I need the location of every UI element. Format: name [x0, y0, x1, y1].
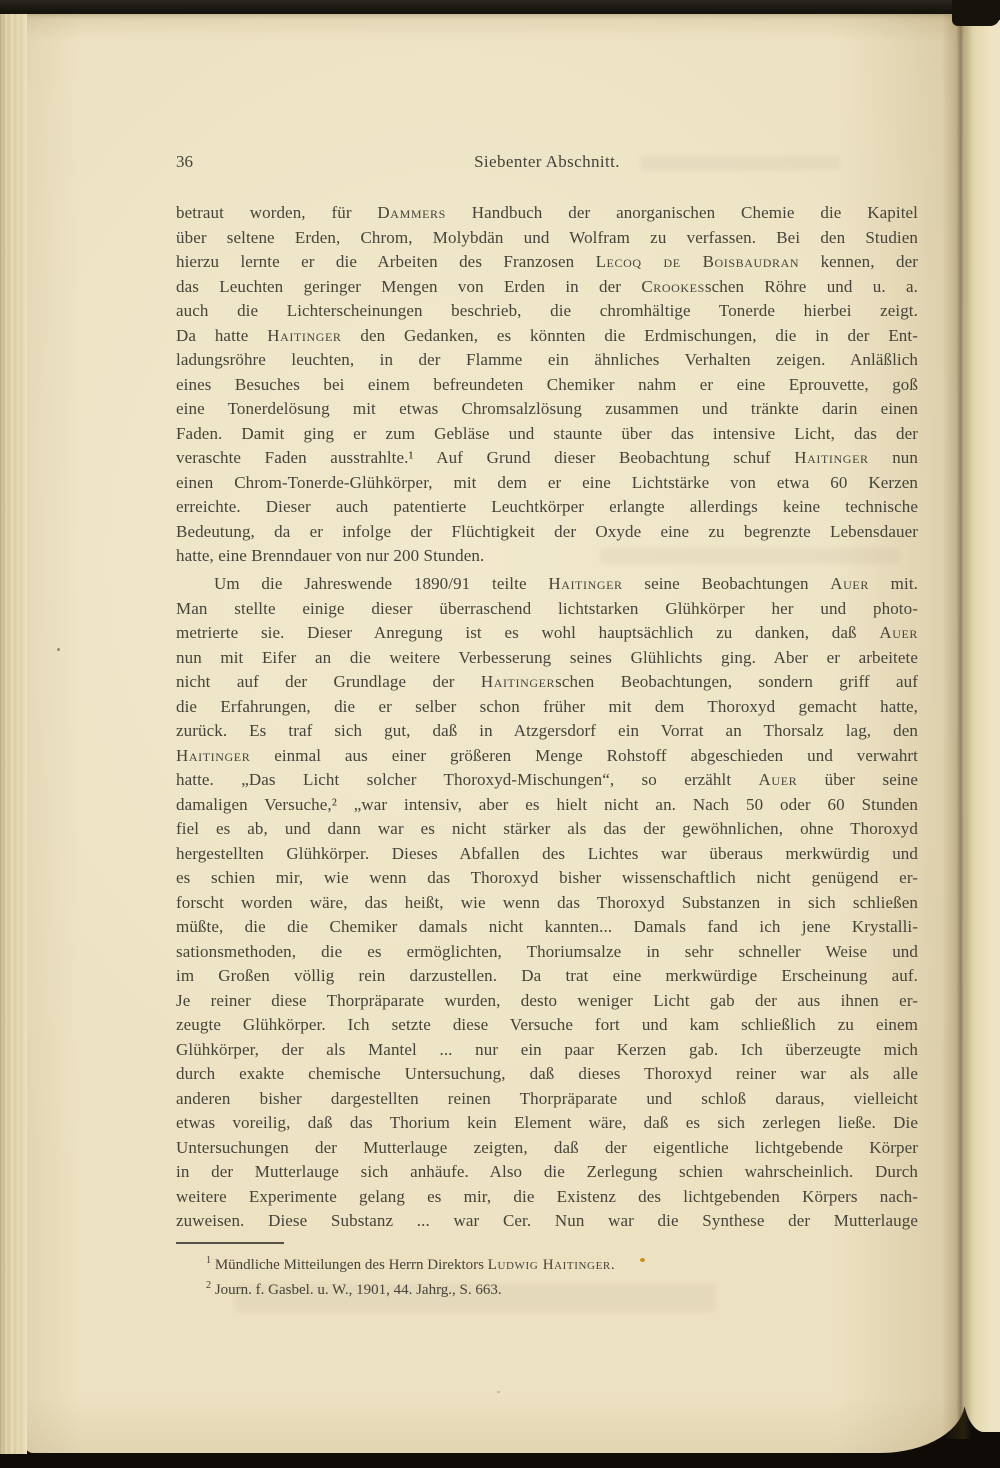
page-content: 36 Siebenter Abschnitt. betraut worden, … [176, 0, 918, 1468]
text-line: die Erfahrungen, die er selber schon frü… [176, 695, 918, 720]
footnotes: 1 Mündliche Mitteilungen des Herrn Direk… [176, 1253, 918, 1304]
text-line: zurück. Es traf sich gut, daß in Atzgers… [176, 719, 918, 744]
text-line: Glühkörper, der als Mantel ... nur ein p… [176, 1038, 918, 1063]
text-line: Man stellte einige dieser überraschend l… [176, 597, 918, 622]
small-caps-name: Crookes [641, 277, 705, 296]
scanner-background-notch [952, 0, 1000, 26]
small-caps-name: Haitinger [548, 574, 622, 593]
footnote-marker: 2 [206, 1280, 211, 1291]
text-line: erreichte. Dieser auch patentierte Leuch… [176, 495, 918, 520]
scan-artifact-orange-dot [640, 1258, 645, 1262]
text-line: zuweisen. Diese Substanz ... war Cer. Nu… [176, 1209, 918, 1234]
footnote-rule [176, 1242, 284, 1244]
text-line: es schien mir, wie wenn das Thoroxyd bis… [176, 866, 918, 891]
text-line: zeugte Glühkörper. Ich setzte diese Vers… [176, 1013, 918, 1038]
text-line: Um die Jahreswende 1890/91 teilte Haitin… [176, 572, 918, 597]
text-line: hierzu lernte er die Arbeiten des Franzo… [176, 250, 918, 275]
text-line: Bedeutung, da er infolge der Flüchtigkei… [176, 520, 918, 545]
chapter-title: Siebenter Abschnitt. [176, 151, 918, 173]
paragraph: betraut worden, für Dammers Handbuch der… [176, 201, 918, 569]
text-line: damaligen Versuche,² „war intensiv, aber… [176, 793, 918, 818]
page-number: 36 [176, 151, 193, 173]
text-line: betraut worden, für Dammers Handbuch der… [176, 201, 918, 226]
text-line: über seltene Erden, Chrom, Molybdän und … [176, 226, 918, 251]
text-line: im Großen völlig rein darzustellen. Da t… [176, 964, 918, 989]
text-line: das Leuchten geringer Mengen von Erden i… [176, 275, 918, 300]
text-line: Je reiner diese Thorpräparate wurden, de… [176, 989, 918, 1014]
text-line: Haitinger einmal aus einer größeren Meng… [176, 744, 918, 769]
text-line: Da hatte Haitinger den Gedanken, es könn… [176, 324, 918, 349]
text-line: sationsmethoden, die es ermöglichten, Th… [176, 940, 918, 965]
small-caps-name: Haitinger [267, 326, 341, 345]
text-line: auch die Lichterscheinungen beschrieb, d… [176, 299, 918, 324]
text-line: müßte, die die Chemiker damals nicht kan… [176, 915, 918, 940]
small-caps-name: Auer [759, 770, 798, 789]
text-line: veraschte Faden ausstrahlte.¹ Auf Grund … [176, 446, 918, 471]
text-line: in der Mutterlauge sich anhäufe. Also di… [176, 1160, 918, 1185]
text-line: Untersuchungen der Mutterlauge zeigten, … [176, 1136, 918, 1161]
footnote: 1 Mündliche Mitteilungen des Herrn Direk… [176, 1253, 918, 1278]
text-line: hergestellten Glühkörper. Dieses Abfalle… [176, 842, 918, 867]
text-line: hatte. „Das Licht solcher Thoroxyd-Misch… [176, 768, 918, 793]
scanned-book-page: 36 Siebenter Abschnitt. betraut worden, … [0, 0, 1000, 1468]
text-line: nicht auf der Grundlage der Haitingersch… [176, 670, 918, 695]
small-caps-name: Lecoq de Boisbaudran [596, 252, 800, 271]
small-caps-name: Auer [830, 574, 869, 593]
scan-speck [57, 648, 60, 651]
text-line: ladungsröhre leuchten, in der Flamme ein… [176, 348, 918, 373]
footnote-marker: 1 [206, 1255, 211, 1266]
small-caps-name: Haitinger [176, 746, 250, 765]
body-text: betraut worden, für Dammers Handbuch der… [176, 201, 918, 1234]
footnote: 2 Journ. f. Gasbel. u. W., 1901, 44. Jah… [176, 1278, 918, 1303]
small-caps-name: Haitinger [794, 448, 868, 467]
small-caps-name: Ludwig Haitinger [488, 1257, 611, 1273]
text-line: weitere Experimente gelang es mir, die E… [176, 1185, 918, 1210]
small-caps-name: Haitinger [481, 672, 555, 691]
text-line: forscht worden wäre, das heißt, wie wenn… [176, 891, 918, 916]
paragraph: Um die Jahreswende 1890/91 teilte Haitin… [176, 572, 918, 1234]
scan-speck [497, 1391, 500, 1393]
text-line: einen Chrom-Tonerde-Glühkörper, mit dem … [176, 471, 918, 496]
text-line: durch exakte chemische Untersuchung, daß… [176, 1062, 918, 1087]
small-caps-name: Dammers [377, 203, 446, 222]
text-line: metrierte sie. Dieser Anregung ist es wo… [176, 621, 918, 646]
text-line: etwas voreilig, daß das Thorium kein Ele… [176, 1111, 918, 1136]
text-line: anderen bisher dargestellten reinen Thor… [176, 1087, 918, 1112]
text-line: eines Besuches bei einem befreundeten Ch… [176, 373, 918, 398]
text-line: fiel es ab, und dann war es nicht stärke… [176, 817, 918, 842]
running-head: 36 Siebenter Abschnitt. [176, 151, 918, 173]
book-gutter-shadow [942, 13, 976, 1439]
text-line: Faden. Damit ging er zum Gebläse und sta… [176, 422, 918, 447]
text-line: eine Tonerdelösung mit etwas Chromsalzlö… [176, 397, 918, 422]
small-caps-name: Auer [879, 623, 918, 642]
page-edges-stack [0, 14, 27, 1454]
text-line: nun mit Eifer an die weitere Verbesserun… [176, 646, 918, 671]
text-line: hatte, eine Brenndauer von nur 200 Stund… [176, 544, 918, 569]
